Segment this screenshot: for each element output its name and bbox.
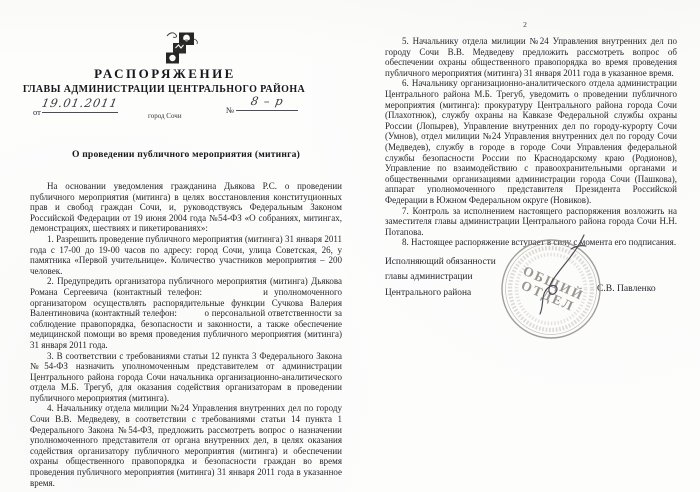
document-title: РАСПОРЯЖЕНИЕ (15, 66, 315, 82)
handwritten-date: 19.01.2011 (41, 96, 119, 110)
paragraph-item-1: 1. Разрешить проведение публичного мероп… (30, 234, 342, 276)
page-1-body: На основании уведомления гражданина Дьяк… (30, 181, 342, 488)
date-field: 19.01.2011 (42, 96, 118, 113)
paragraph-item-4: 4. Начальнику отдела милиции №24 Управле… (30, 403, 342, 488)
paragraph-item-6: 6. Начальнику организационно-аналитическ… (385, 78, 677, 205)
page-2-body: 5. Начальнику отдела милиции №24 Управле… (385, 36, 677, 248)
number-field: 8 – р (236, 94, 298, 111)
coat-of-arms-icon (165, 30, 201, 68)
round-office-stamp: ОБЩИЙ ОТДЕЛ (483, 221, 619, 357)
paragraph-intro: На основании уведомления гражданина Дьяк… (30, 181, 342, 234)
handwritten-number: 8 – р (249, 94, 284, 108)
paragraph-item-2: 2. Предупредить организатора публичного … (30, 276, 342, 350)
paragraph-item-5: 5. Начальнику отдела милиции №24 Управле… (385, 36, 677, 78)
subject-line: О проведении публичного мероприятия (мит… (30, 149, 342, 160)
page-2: 2 5. Начальнику отдела милиции №24 Управ… (350, 0, 700, 492)
number-label: № (226, 105, 234, 115)
page-number: 2 (350, 20, 700, 29)
page-1: РАСПОРЯЖЕНИЕ ГЛАВЫ АДМИНИСТРАЦИИ ЦЕНТРАЛ… (0, 0, 350, 492)
date-number-row: от 19.01.2011 город Сочи № 8 – р (0, 100, 350, 126)
city-label: город Сочи (148, 112, 182, 120)
paragraph-item-3: 3. В соответствии с требованиями статьи … (30, 351, 342, 404)
date-label: от (33, 107, 41, 117)
document-scan: РАСПОРЯЖЕНИЕ ГЛАВЫ АДМИНИСТРАЦИИ ЦЕНТРАЛ… (0, 0, 700, 492)
